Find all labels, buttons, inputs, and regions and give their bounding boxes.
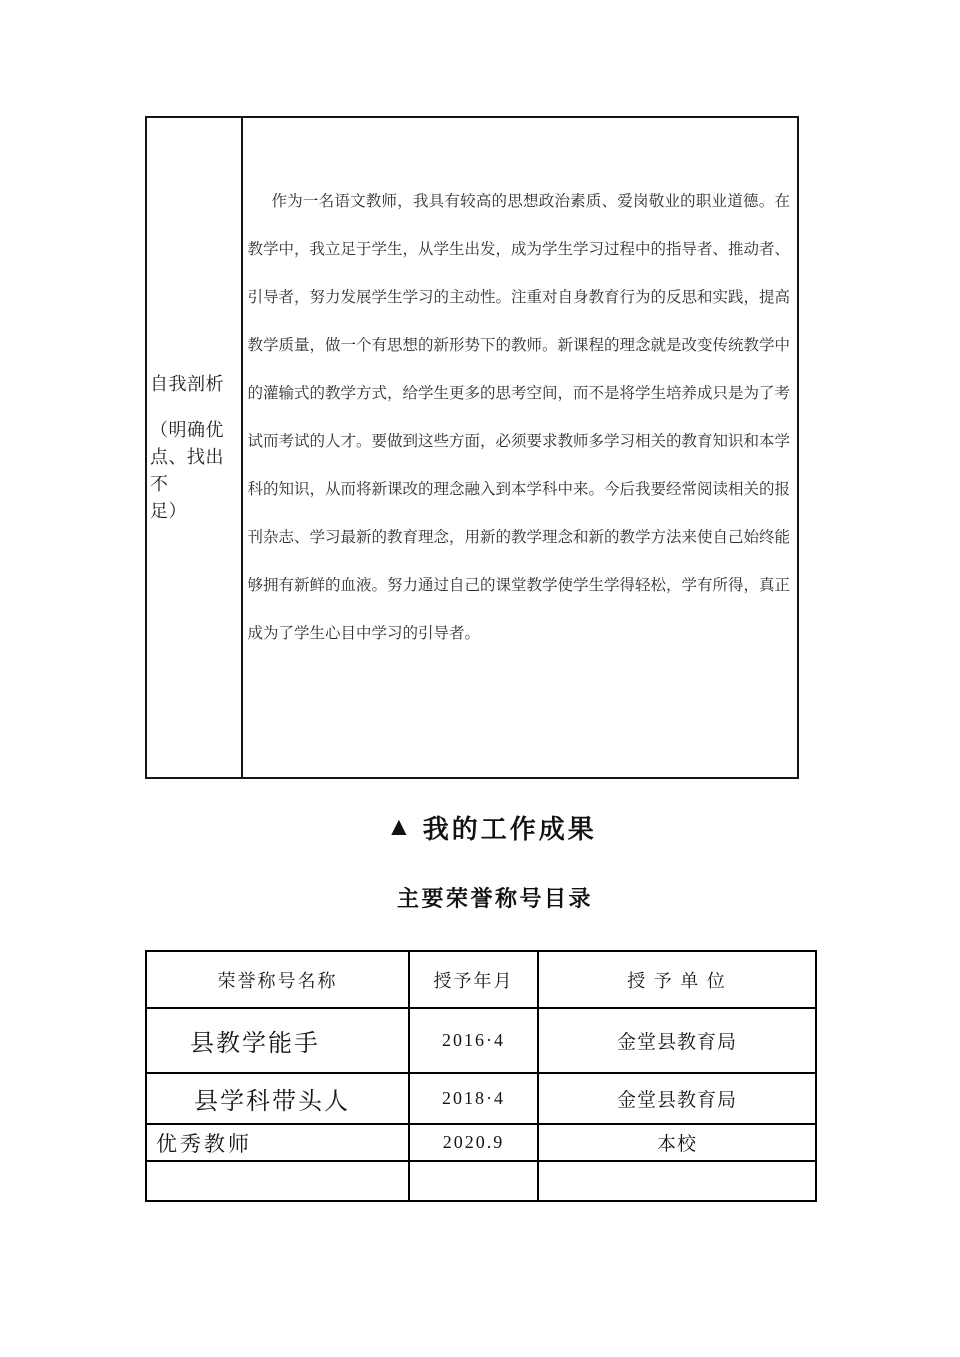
honor-date-cell: 2018·4 [410, 1074, 539, 1123]
self-analysis-content-cell: 作为一名语文教师，我具有较高的思想政治素质、爱岗敬业的职业道德。在 教学中，我立… [243, 118, 797, 777]
honors-table: 荣誉称号名称 授予年月 授 予 单 位 县教学能手 2016·4 金堂县教育局 … [145, 950, 817, 1202]
honor-name-cell: 县学科带头人 [147, 1074, 410, 1123]
honors-row: 县教学能手 2016·4 金堂县教育局 [147, 1009, 815, 1074]
honors-row-empty [147, 1162, 815, 1200]
analysis-text-line: 成为了学生心目中学习的引导者。 [247, 610, 790, 658]
self-analysis-table: 自我剖析 （明确优 点、找出不 足） 作为一名语文教师，我具有较高的思想政治素质… [145, 116, 799, 779]
self-analysis-label-cell: 自我剖析 （明确优 点、找出不 足） [147, 118, 243, 777]
analysis-text-line: 作为一名语文教师，我具有较高的思想政治素质、爱岗敬业的职业道德。在 [247, 178, 790, 226]
analysis-text-line: 科的知识，从而将新课改的理念融入到本学科中来。今后我要经常阅读相关的报 [247, 466, 790, 514]
honor-name-cell [147, 1162, 410, 1200]
analysis-text-line: 够拥有新鲜的血液。努力通过自己的课堂教学使学生学得轻松，学有所得，真正 [247, 562, 790, 610]
honors-row: 优秀教师 2020.9 本校 [147, 1125, 815, 1162]
analysis-text-line: 试而考试的人才。要做到这些方面，必须要求教师多学习相关的教育知识和本学 [247, 418, 790, 466]
honors-row: 县学科带头人 2018·4 金堂县教育局 [147, 1074, 815, 1125]
document-page: 自我剖析 （明确优 点、找出不 足） 作为一名语文教师，我具有较高的思想政治素质… [0, 0, 960, 1357]
label-title: 自我剖析 [150, 370, 240, 398]
header-cell-title-name: 荣誉称号名称 [147, 952, 410, 1007]
analysis-text-line: 的灌输式的教学方式，给学生更多的思考空间，而不是将学生培养成只是为了考 [247, 370, 790, 418]
section-heading: ▲ 我的工作成果 [386, 810, 597, 844]
honor-unit-cell: 本校 [539, 1125, 815, 1160]
label-note-line: 足） [150, 498, 240, 525]
analysis-text-line: 教学中，我立足于学生，从学生出发，成为学生学习过程中的指导者、推动者、 [247, 226, 790, 274]
honor-name-cell: 优秀教师 [147, 1125, 410, 1160]
analysis-text-line: 教学质量，做一个有思想的新形势下的教师。新课程的理念就是改变传统教学中 [247, 322, 790, 370]
honor-date-cell: 2016·4 [410, 1009, 539, 1072]
label-note-line: 点、找出不 [150, 444, 240, 498]
honor-date-cell [410, 1162, 539, 1200]
honor-unit-cell: 金堂县教育局 [539, 1009, 815, 1072]
analysis-text-line: 刊杂志、学习最新的教育理念，用新的教学理念和新的教学方法来使自己始终能 [247, 514, 790, 562]
header-cell-award-unit: 授 予 单 位 [539, 952, 815, 1007]
triangle-marker-icon: ▲ [386, 814, 412, 840]
honor-date-cell: 2020.9 [410, 1125, 539, 1160]
section-subtitle: 主要荣誉称号目录 [397, 884, 593, 914]
section-title: 我的工作成果 [423, 809, 597, 846]
honors-header-row: 荣誉称号名称 授予年月 授 予 单 位 [147, 952, 815, 1009]
honor-unit-cell: 金堂县教育局 [539, 1074, 815, 1123]
analysis-text-line: 引导者，努力发展学生学习的主动性。注重对自身教育行为的反思和实践，提高 [247, 274, 790, 322]
header-cell-award-date: 授予年月 [410, 952, 539, 1007]
label-note-line: （明确优 [150, 417, 240, 444]
honor-unit-cell [539, 1162, 815, 1200]
honor-name-cell: 县教学能手 [147, 1009, 410, 1072]
